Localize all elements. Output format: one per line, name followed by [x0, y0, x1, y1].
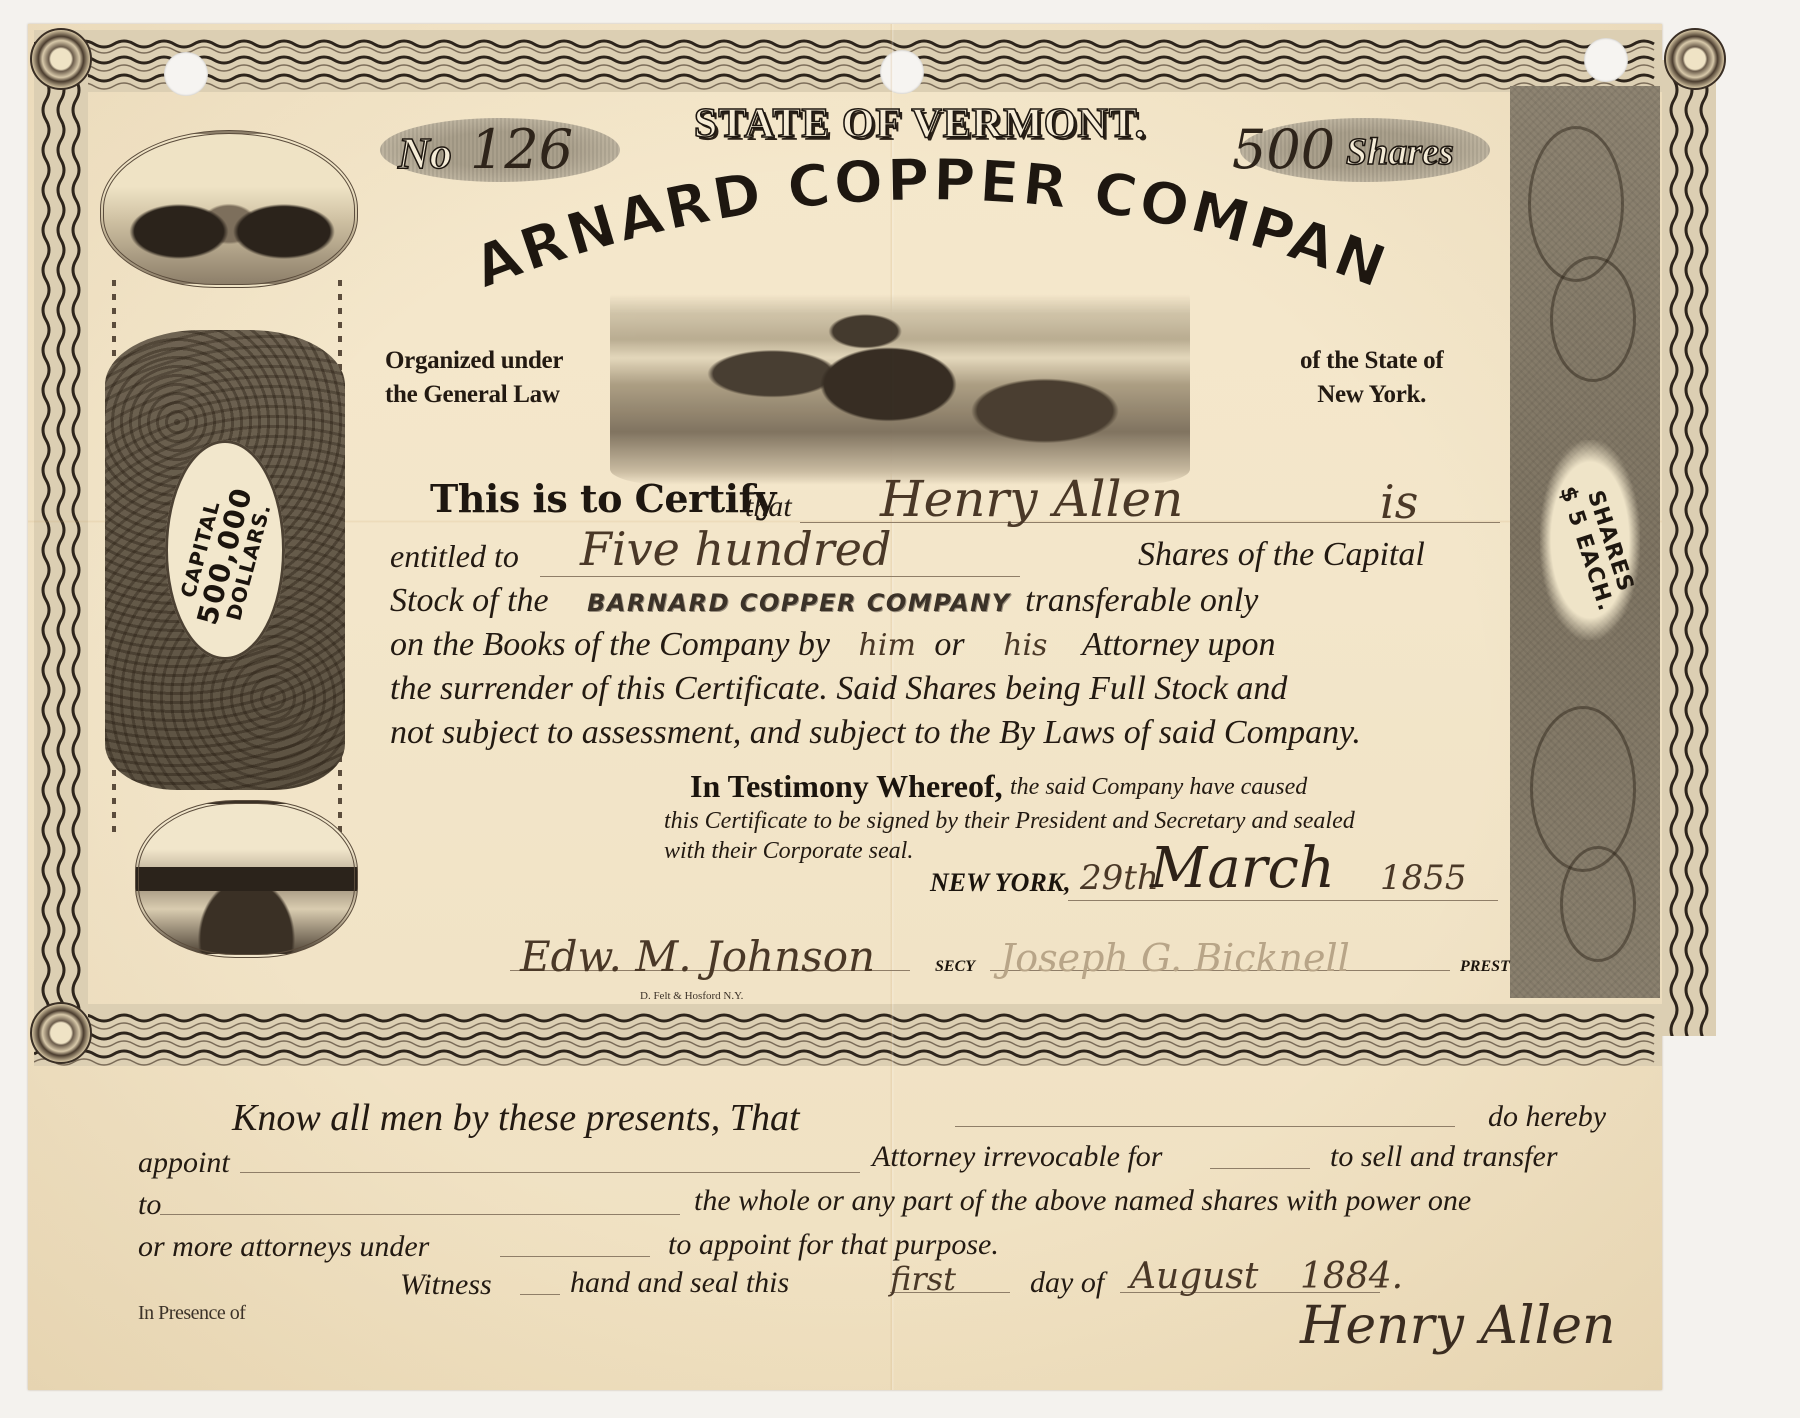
on-books-text: on the Books of the Company by him or hi… [390, 626, 1276, 664]
inline-company-name: BARNARD COPPER COMPANY [587, 589, 1011, 617]
punch-hole [164, 52, 208, 96]
state-heading: STATE OF VERMONT. [640, 100, 1200, 148]
transfer-line-1-start: Know all men by these presents, That [232, 1096, 800, 1140]
holder-name: Henry Allen [880, 470, 1183, 528]
testimony-line-2: this Certificate to be signed by their P… [664, 808, 1355, 835]
him-value: him [859, 628, 916, 663]
right-border [1662, 60, 1716, 1036]
transfer-line-3-start: to [138, 1188, 161, 1222]
surrender-line: the surrender of this Certificate. Said … [390, 670, 1287, 708]
testimony-line-1: the said Company have caused [1010, 774, 1307, 801]
testimony-line-3: with their Corporate seal. [664, 838, 913, 865]
year-value: 1884. [1300, 1256, 1403, 1297]
in-presence-of-label: In Presence of [138, 1302, 245, 1325]
transfer-line-3-end: the whole or any part of the above named… [694, 1184, 1471, 1218]
witness-label: Witness [400, 1268, 492, 1302]
testimony-heading: In Testimony Whereof, [690, 768, 1003, 805]
stock-of-the-label: Stock of the [390, 582, 549, 619]
stock-of-the-text: Stock of the BARNARD COPPER COMPANY tran… [390, 582, 1258, 620]
entitled-to-text: entitled to [390, 538, 519, 575]
transfer-line-2-end: to sell and transfer [1330, 1140, 1558, 1174]
printer-credit: D. Felt & Hosford N.Y. [640, 990, 743, 1002]
organized-under-text: Organized under the General Law [385, 344, 563, 412]
transfer-blank-3 [1210, 1168, 1310, 1169]
transferor-signature: Henry Allen [1300, 1296, 1615, 1356]
place-label: NEW YORK, [930, 868, 1071, 898]
day-of-label: day of [1030, 1266, 1104, 1300]
left-border [34, 60, 88, 1036]
that-text: that [745, 490, 792, 524]
transfer-line-2-start: appoint [138, 1146, 230, 1180]
president-signature: Joseph G. Bicknell [1000, 936, 1350, 980]
locomotive-vignette [135, 800, 358, 958]
shares-of-capital-text: Shares of the Capital [1138, 536, 1425, 574]
transfer-blank-2 [240, 1172, 860, 1173]
transfer-line-4-end: to appoint for that purpose. [668, 1228, 999, 1262]
witness-blank [520, 1294, 560, 1295]
shares-written: Five hundred [580, 522, 891, 576]
assessment-line: not subject to assessment, and subject t… [390, 714, 1361, 752]
president-label: PREST [1460, 958, 1510, 976]
date-day: 29th [1080, 858, 1159, 898]
or-label: or [934, 626, 964, 663]
punch-hole [880, 50, 924, 94]
state-of-new-york-text: of the State of New York. [1300, 344, 1443, 412]
transfer-line-4-start: or more attorneys under [138, 1230, 429, 1264]
punch-hole [1584, 38, 1628, 82]
corner-rosette-top-right [1664, 28, 1726, 90]
on-books-label: on the Books of the Company by [390, 626, 830, 663]
allegorical-vignette [610, 220, 1190, 485]
corner-rosette-top-left [30, 28, 92, 90]
transfer-line-2-mid: Attorney irrevocable for [872, 1140, 1162, 1174]
date-month: March [1150, 836, 1335, 901]
corner-rosette-bottom-left [30, 1002, 92, 1064]
secretary-signature: Edw. M. Johnson [520, 932, 875, 981]
shares-written-line [540, 576, 1020, 577]
secretary-label: SECY [935, 958, 975, 976]
top-border [34, 30, 1662, 92]
holder-is: is [1380, 475, 1418, 529]
attorney-upon-label: Attorney upon [1082, 626, 1276, 663]
transfer-blank-5 [500, 1256, 650, 1257]
certify-heading: This is to Certify [430, 476, 776, 521]
certificate-number-label: No [398, 128, 452, 179]
transfer-line-1-end: do hereby [1488, 1100, 1606, 1134]
transferable-only-label: transferable only [1025, 582, 1258, 619]
vermont-seal-vignette [100, 130, 358, 288]
transfer-blank-1 [955, 1126, 1455, 1127]
transfer-blank-4 [160, 1214, 680, 1215]
date-year: 1855 [1380, 858, 1467, 898]
his-value: his [1003, 628, 1047, 663]
day-value: first [890, 1260, 956, 1298]
middle-border [34, 1004, 1662, 1066]
hand-seal-label: hand and seal this [570, 1266, 789, 1300]
month-value: August [1130, 1256, 1258, 1297]
